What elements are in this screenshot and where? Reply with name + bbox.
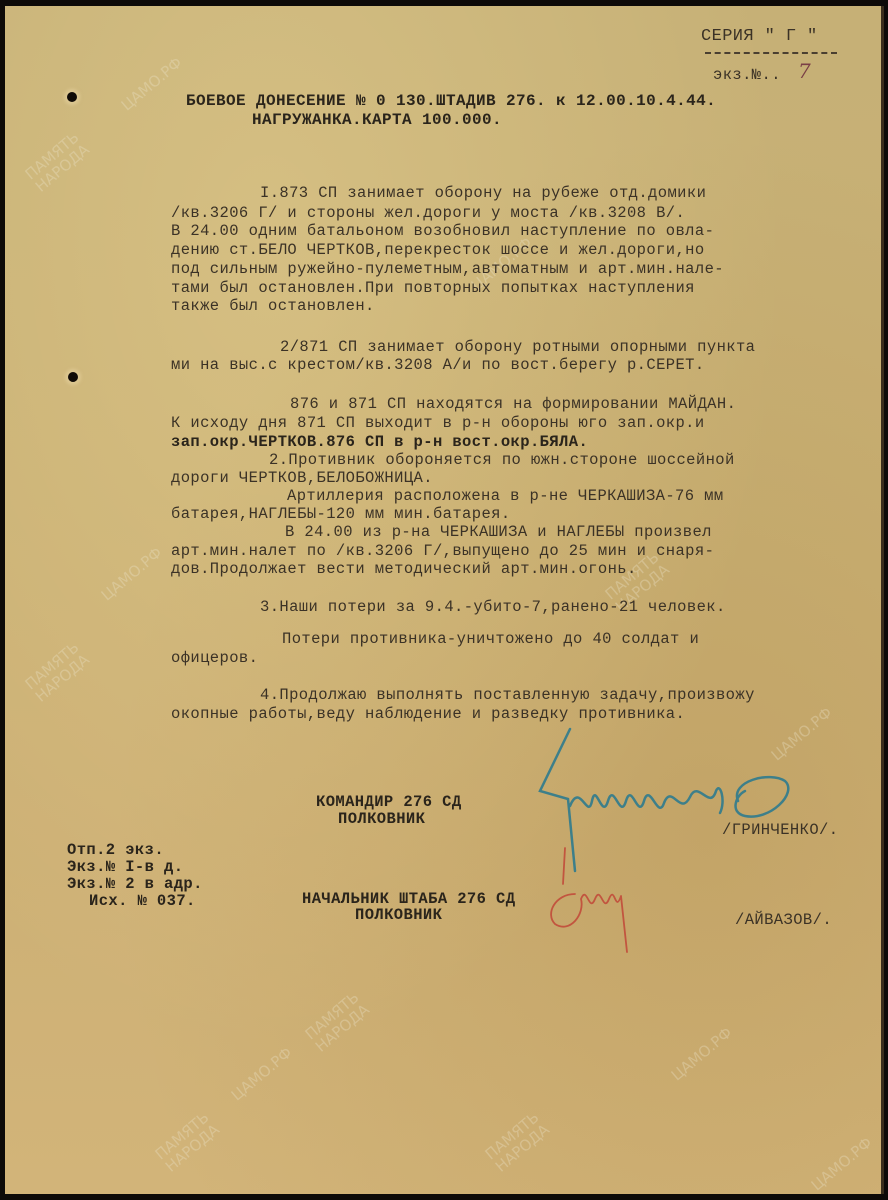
watermark: ЦАМО.РФ [228,1044,295,1103]
paragraph-line: Артиллерия расположена в р-не ЧЕРКАШИЗА-… [287,488,724,504]
watermark: ПАМЯТЬ НАРОДА [152,1109,222,1175]
commander-title: КОМАНДИР 276 СД [316,794,462,810]
paragraph-line: ми на выс.с крестом/кв.3208 А/и по вост.… [171,357,705,373]
report-title: БОЕВОЕ ДОНЕСЕНИЕ № 0 130.ШТАДИВ 276. к 1… [186,93,716,109]
paragraph-line: 2/871 СП занимает оборону ротными опорны… [280,339,755,355]
paragraph-line: батарея,НАГЛЕБЫ-120 мм мин.батарея. [171,506,511,522]
paragraph-line: под сильным ружейно-пулеметным,автоматны… [171,261,724,277]
chief-of-staff-title: НАЧАЛЬНИК ШТАБА 276 СД [302,891,515,907]
paragraph-line: /кв.3206 Г/ и стороны жел.дороги у моста… [171,205,685,221]
paragraph-line: В 24.00 одним батальоном возобновил наст… [171,223,714,239]
paragraph-line: дению ст.БЕЛО ЧЕРТКОВ,перекресток шоссе … [171,242,705,258]
series-label: СЕРИЯ " Г " [701,29,818,45]
paragraph-line: I.873 СП занимает оборону на рубеже отд.… [260,185,706,201]
punch-hole [67,92,77,102]
paragraph-line: зап.окр.ЧЕРТКОВ.876 СП в р-н вост.окр.БЯ… [171,434,588,450]
watermark: ПАМЯТЬ НАРОДА [302,989,372,1055]
paragraph-line: тами был остановлен.При повторных попытк… [171,280,695,296]
watermark: ЦАМО.РФ [808,1134,875,1193]
paragraph-line: офицеров. [171,650,258,666]
punch-hole [68,372,78,382]
watermark: ЦАМО.РФ [668,1024,735,1083]
watermark: ПАМЯТЬ НАРОДА [482,1109,552,1175]
paragraph-line: окопные работы,веду наблюдение и разведк… [171,706,685,722]
watermark: ПАМЯТЬ НАРОДА [22,639,92,705]
paragraph-line: 876 и 871 СП находятся на формировании М… [290,396,736,412]
distribution-line: Экз.№ I-в д. [67,859,183,875]
document-page: ЦАМО.РФ ПАМЯТЬ НАРОДА ЦАМО.РФ ПАМЯТЬ НАР… [5,6,884,1194]
paragraph-line: Потери противника-уничтожено до 40 солда… [282,631,699,647]
copy-number-handwritten: 7 [798,63,811,79]
report-subtitle: НАГРУЖАНКА.КАРТА 100.000. [252,112,502,128]
chief-of-staff-signature [515,844,635,954]
paragraph-line: К исходу дня 871 СП выходит в р-н оборон… [171,415,705,431]
watermark: ПАМЯТЬ НАРОДА [22,129,92,195]
chief-of-staff-rank: ПОЛКОВНИК [355,907,442,923]
paragraph-line: 3.Наши потери за 9.4.-убито-7,ранено-21 … [260,599,726,615]
paragraph-line: В 24.00 из р-на ЧЕРКАШИЗА и НАГЛЕБЫ прои… [285,524,712,540]
commander-rank: ПОЛКОВНИК [338,811,425,827]
paragraph-line: дороги ЧЕРТКОВ,БЕЛОБОЖНИЦА. [171,470,433,486]
watermark: ЦАМО.РФ [98,544,165,603]
outgoing-number: Исх. № 037. [89,893,196,909]
paragraph-line: 4.Продолжаю выполнять поставленную задач… [260,687,755,703]
distribution-line: Отп.2 экз. [67,842,164,858]
paragraph-line: дов.Продолжает вести методический арт.ми… [171,561,637,577]
paragraph-line: арт.мин.налет по /кв.3206 Г/,выпущено до… [171,543,714,559]
series-underline [705,52,837,54]
paragraph-line: 2.Противник обороняется по южн.стороне ш… [269,452,735,468]
copy-number-label: экз.№.. [713,67,781,83]
chief-of-staff-name: /АЙВАЗОВ/. [735,912,832,928]
watermark: ЦАМО.РФ [118,54,185,113]
distribution-line: Экз.№ 2 в адр. [67,876,203,892]
paragraph-line: также был остановлен. [171,298,375,314]
